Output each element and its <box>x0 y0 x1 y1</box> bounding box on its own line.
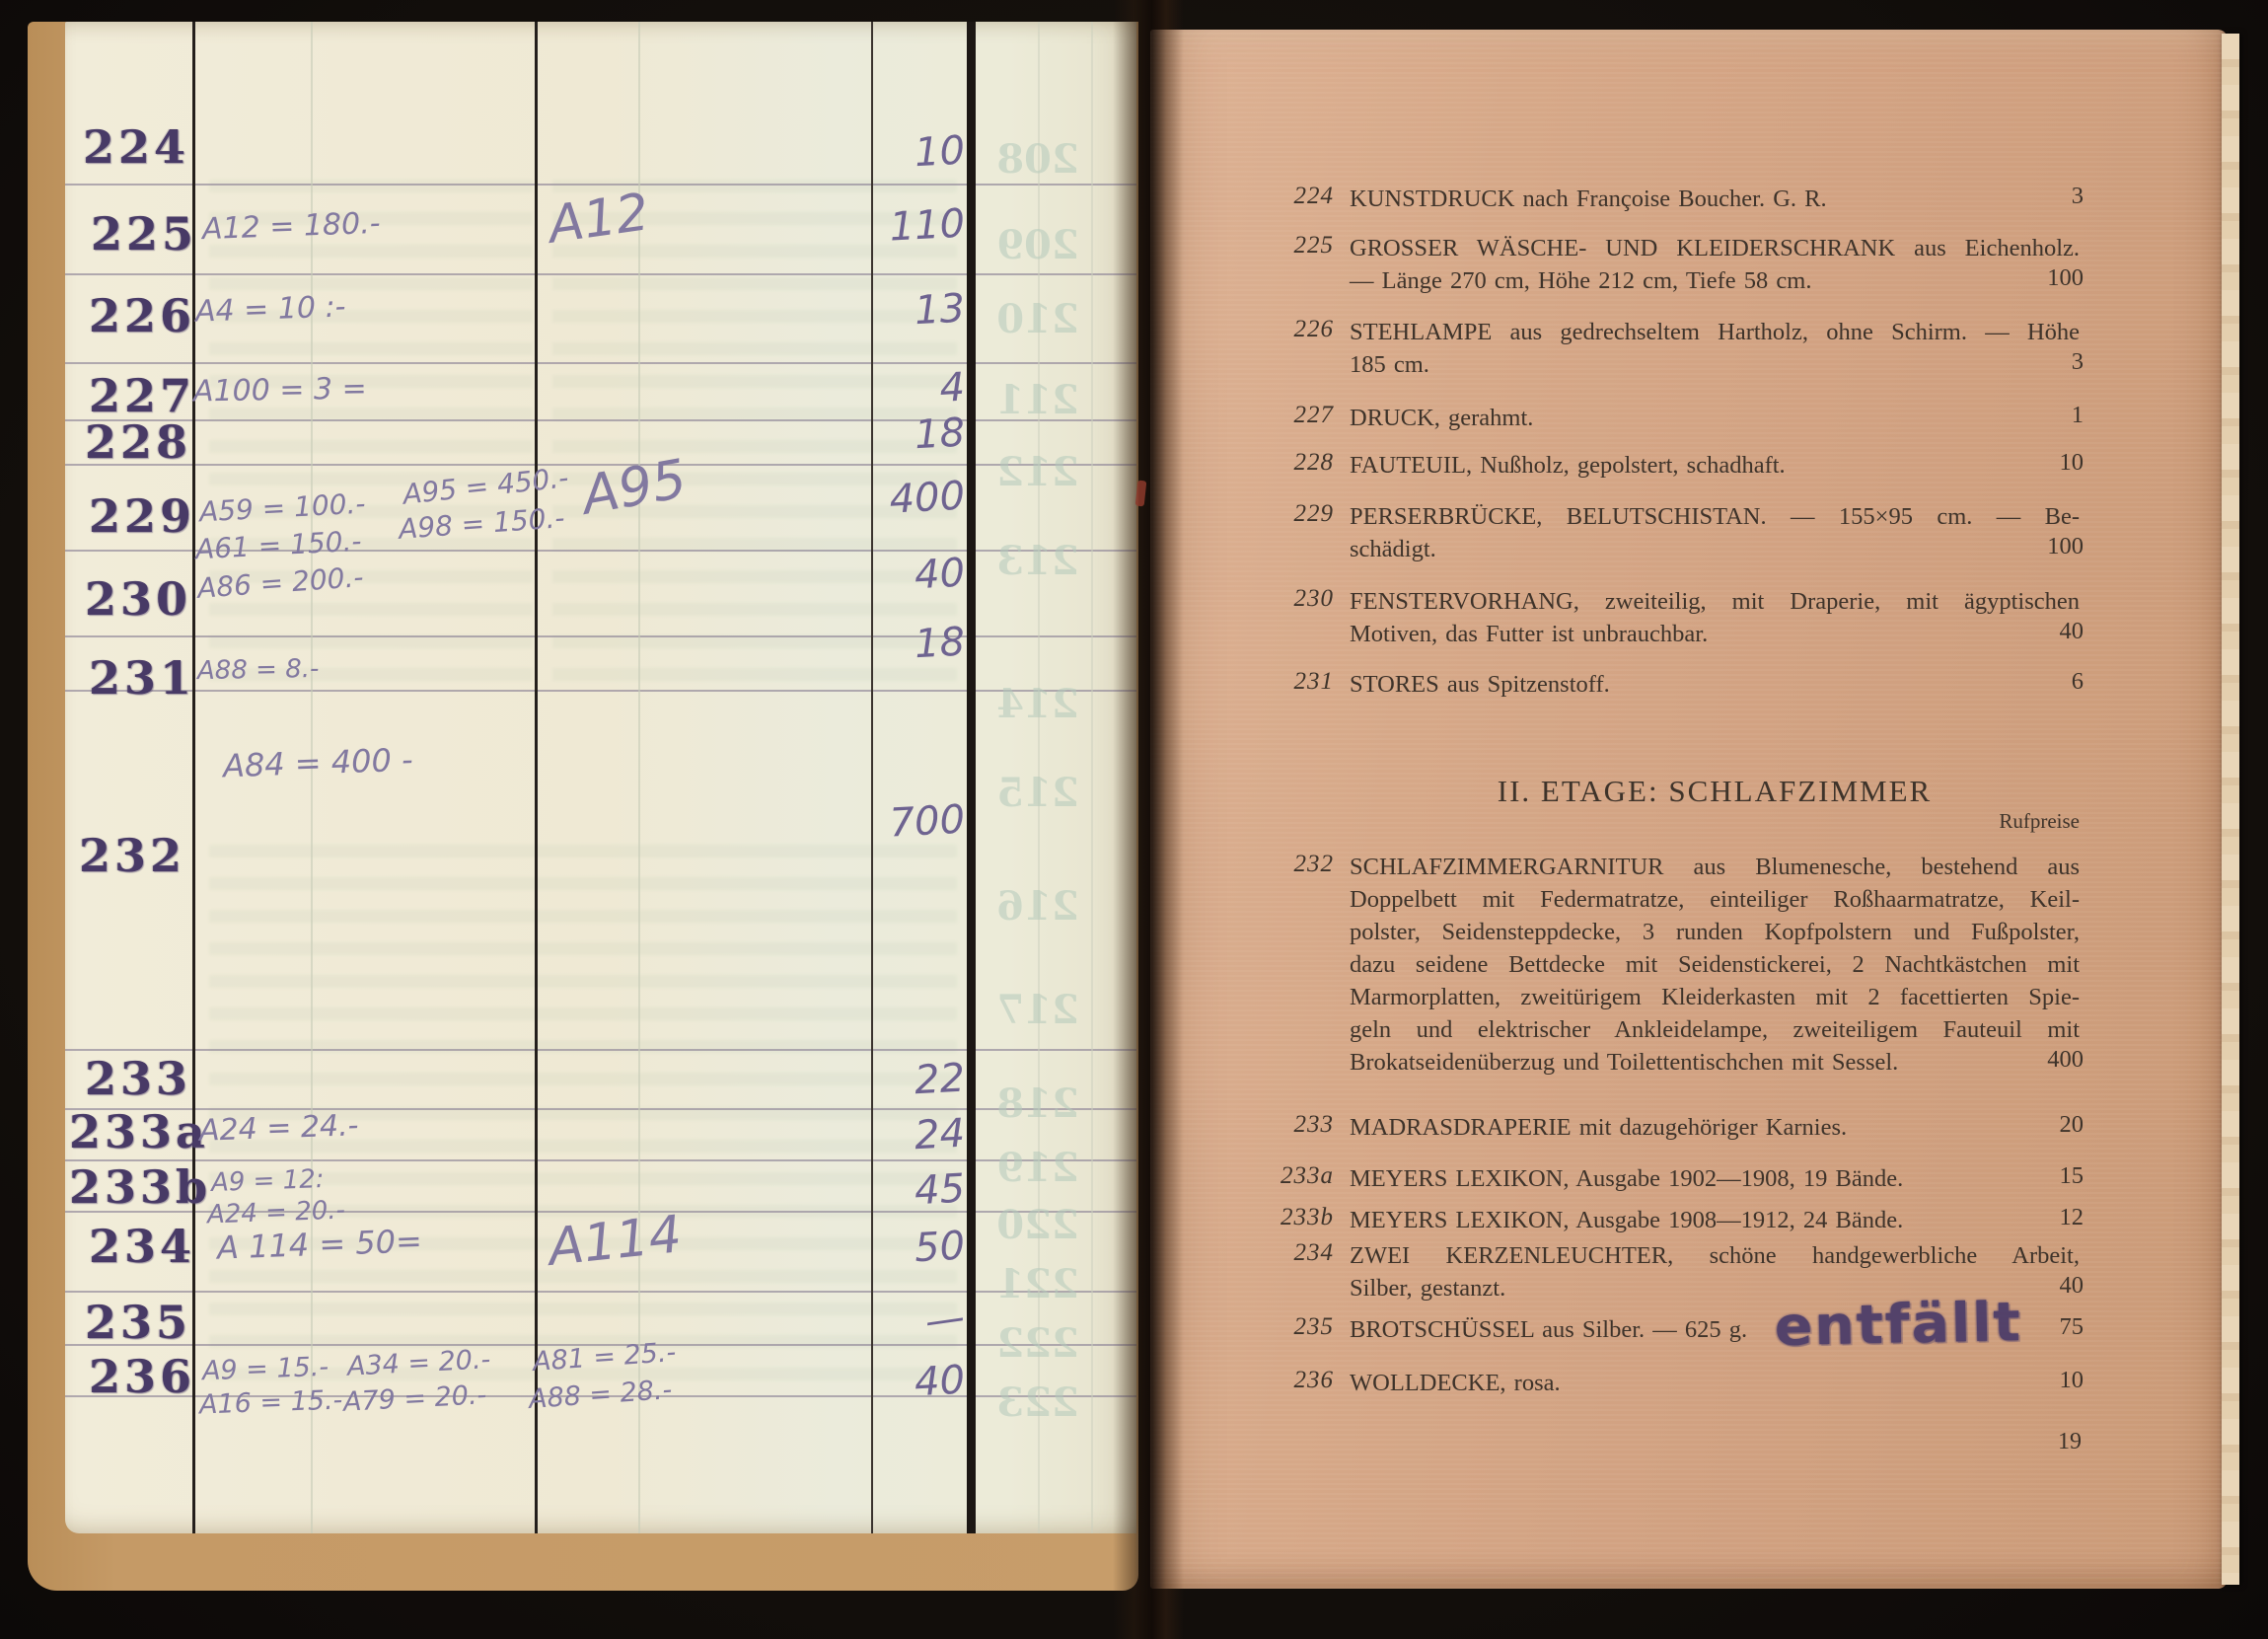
pencil-note: A88 = 8.- <box>197 654 320 686</box>
lot-price: 15 <box>1945 1162 2084 1190</box>
pencil-note: A9 = 12: <box>211 1164 325 1198</box>
description-line: dazu seidene Bettdecke mit Seidensticker… <box>1350 948 2080 981</box>
lot-stamp: 234 <box>89 1220 195 1273</box>
lot-stamp: 224 <box>83 120 189 174</box>
description-line: SCHLAFZIMMERGARNITUR aus Blumenesche, be… <box>1350 851 2080 883</box>
lot-stamp: 230 <box>85 572 191 626</box>
lot-stamp: 232 <box>79 829 185 882</box>
column-rule-faint <box>1091 22 1093 1533</box>
showthrough-number: 223 <box>987 1379 1089 1426</box>
pencil-note: A16 = 15.- <box>199 1384 343 1420</box>
pencil-note: A100 = 3 = <box>193 371 367 409</box>
pencil-note: A12 = 180.- <box>201 206 381 247</box>
ruled-line <box>65 362 1136 364</box>
showthrough-number: 216 <box>987 883 1089 930</box>
section-heading: II. ETAGE: SCHLAFZIMMER <box>1350 774 2125 809</box>
lot-stamp: 233b <box>69 1160 211 1214</box>
showthrough-number: 211 <box>987 377 1089 423</box>
handwritten-price: 40 <box>873 1358 966 1408</box>
handwritten-price: 40 <box>873 551 966 601</box>
lot-stamp: 231 <box>89 651 195 705</box>
showthrough-number: 219 <box>987 1145 1089 1191</box>
lot-stamp: 226 <box>89 289 195 342</box>
description-line: GROSSER WÄSCHE- UND KLEIDERSCHRANK aus E… <box>1350 232 2080 264</box>
pencil-note: A9 = 15.- <box>201 1352 329 1386</box>
pencil-note: A4 = 10 :- <box>194 289 346 329</box>
showthrough-number: 209 <box>987 222 1089 268</box>
handwritten-price: 4 <box>873 365 966 415</box>
lot-number: 225 <box>1263 232 1334 260</box>
lot-description: SCHLAFZIMMERGARNITUR aus Blumenesche, be… <box>1350 851 2080 1079</box>
lot-price: 1 <box>1945 402 2084 429</box>
lot-number: 227 <box>1263 402 1334 429</box>
lot-stamp: 233 <box>85 1052 191 1105</box>
ruled-line <box>65 273 1136 275</box>
handwritten-price: 700 <box>873 797 966 848</box>
lot-price: 10 <box>1945 449 2084 477</box>
description-line: STEHLAMPE aus gedrechseltem Hartholz, oh… <box>1350 316 2080 348</box>
lot-number: 224 <box>1263 183 1334 210</box>
lot-price: 20 <box>1945 1111 2084 1139</box>
book-gutter <box>1113 0 1184 1639</box>
description-line: FENSTERVORHANG, zweiteilig, mit Draperie… <box>1350 585 2080 618</box>
showthrough-number: 218 <box>987 1080 1089 1127</box>
lot-number: 226 <box>1263 316 1334 343</box>
showthrough-number: 215 <box>987 770 1089 816</box>
lot-number: 236 <box>1263 1367 1334 1394</box>
lot-number: 229 <box>1263 500 1334 528</box>
lot-stamp: 235 <box>85 1296 191 1349</box>
pencil-note: A 114 = 50= <box>216 1222 422 1266</box>
lot-price: 40 <box>1945 618 2084 645</box>
handwritten-price: 110 <box>873 201 966 252</box>
handwritten-price: 22 <box>873 1056 966 1106</box>
description-line: ZWEI KERZENLEUCHTER, schöne handgewerbli… <box>1350 1239 2080 1272</box>
description-line: Marmorplatten, zweitürigem Kleiderkasten… <box>1350 981 2080 1013</box>
lot-price: 6 <box>1945 668 2084 696</box>
ruled-line <box>65 1291 1136 1293</box>
description-line: geln und elektrischer Ankleidelampe, zwe… <box>1350 1013 2080 1046</box>
showthrough-band <box>209 180 533 693</box>
lot-price: 3 <box>1945 348 2084 376</box>
showthrough-number: 214 <box>987 681 1089 727</box>
lot-number: 234 <box>1263 1239 1334 1267</box>
showthrough-number: 220 <box>987 1202 1089 1248</box>
description-line: PERSERBRÜCKE, BELUTSCHISTAN. — 155×95 cm… <box>1350 500 2080 533</box>
showthrough-number: 213 <box>987 538 1089 584</box>
description-line: polster, Seidensteppdecke, 3 runden Kopf… <box>1350 916 2080 948</box>
description-line: Doppelbett mit Federmatratze, einteilige… <box>1350 883 2080 916</box>
pencil-note: A24 = 24.- <box>198 1108 359 1149</box>
lot-price: 3 <box>1945 183 2084 210</box>
showthrough-number: 210 <box>987 296 1089 342</box>
column-rule-heavy <box>967 22 976 1533</box>
lot-price: 100 <box>1945 264 2084 292</box>
handwritten-price: 13 <box>873 286 966 336</box>
page-number: 19 <box>1973 1429 2082 1455</box>
handwritten-price: 18 <box>873 410 966 461</box>
ruled-line <box>65 690 1136 692</box>
lot-price: 100 <box>1945 533 2084 560</box>
auction-catalog-scan: 224 225 226 227 228 229 230 231 232 233 … <box>0 0 2268 1639</box>
pencil-note: A84 = 400 - <box>222 741 413 785</box>
showthrough-number: 221 <box>987 1261 1089 1307</box>
showthrough-number: 208 <box>987 136 1089 183</box>
ruled-line <box>65 635 1136 637</box>
handwritten-price: 400 <box>873 474 966 524</box>
lot-stamp: 225 <box>91 207 197 261</box>
lot-number: 233a <box>1263 1162 1334 1190</box>
lot-stamp: 227 <box>89 369 195 422</box>
lot-price: 400 <box>1945 1046 2084 1074</box>
underpage-edge <box>2222 34 2239 1585</box>
ruled-line <box>65 1049 1136 1051</box>
column-rule <box>535 22 538 1533</box>
lot-stamp: 229 <box>89 489 195 543</box>
lot-stamp: 236 <box>89 1350 195 1403</box>
handwritten-price: 45 <box>873 1166 966 1217</box>
lot-number: 230 <box>1263 585 1334 613</box>
lot-number: 232 <box>1263 851 1334 878</box>
handwritten-price: 18 <box>873 620 966 670</box>
ruled-line <box>65 1108 1136 1110</box>
handwritten-price: 50 <box>873 1224 966 1274</box>
showthrough-number: 212 <box>987 449 1089 495</box>
ruled-line <box>65 419 1136 421</box>
lot-number: 233b <box>1263 1204 1334 1231</box>
showthrough-number: 222 <box>987 1320 1089 1367</box>
ruled-line <box>65 184 1136 186</box>
lot-number: 228 <box>1263 449 1334 477</box>
showthrough-band <box>209 845 957 1097</box>
lot-price: 10 <box>1945 1367 2084 1394</box>
price-column-label: Rufpreise <box>1874 809 2080 834</box>
lot-price: 12 <box>1945 1204 2084 1231</box>
handwritten-price: 24 <box>873 1111 966 1161</box>
lot-number: 233 <box>1263 1111 1334 1139</box>
handwritten-price: 10 <box>873 128 966 179</box>
lot-stamp: 233a <box>69 1105 209 1158</box>
cancel-stamp: entfällt <box>1774 1290 2022 1358</box>
lot-stamp: 228 <box>85 415 191 469</box>
ruled-line <box>65 1159 1136 1161</box>
lot-number: 235 <box>1263 1313 1334 1341</box>
lot-number: 231 <box>1263 668 1334 696</box>
showthrough-number: 217 <box>987 987 1089 1033</box>
column-rule-faint <box>638 22 640 1533</box>
